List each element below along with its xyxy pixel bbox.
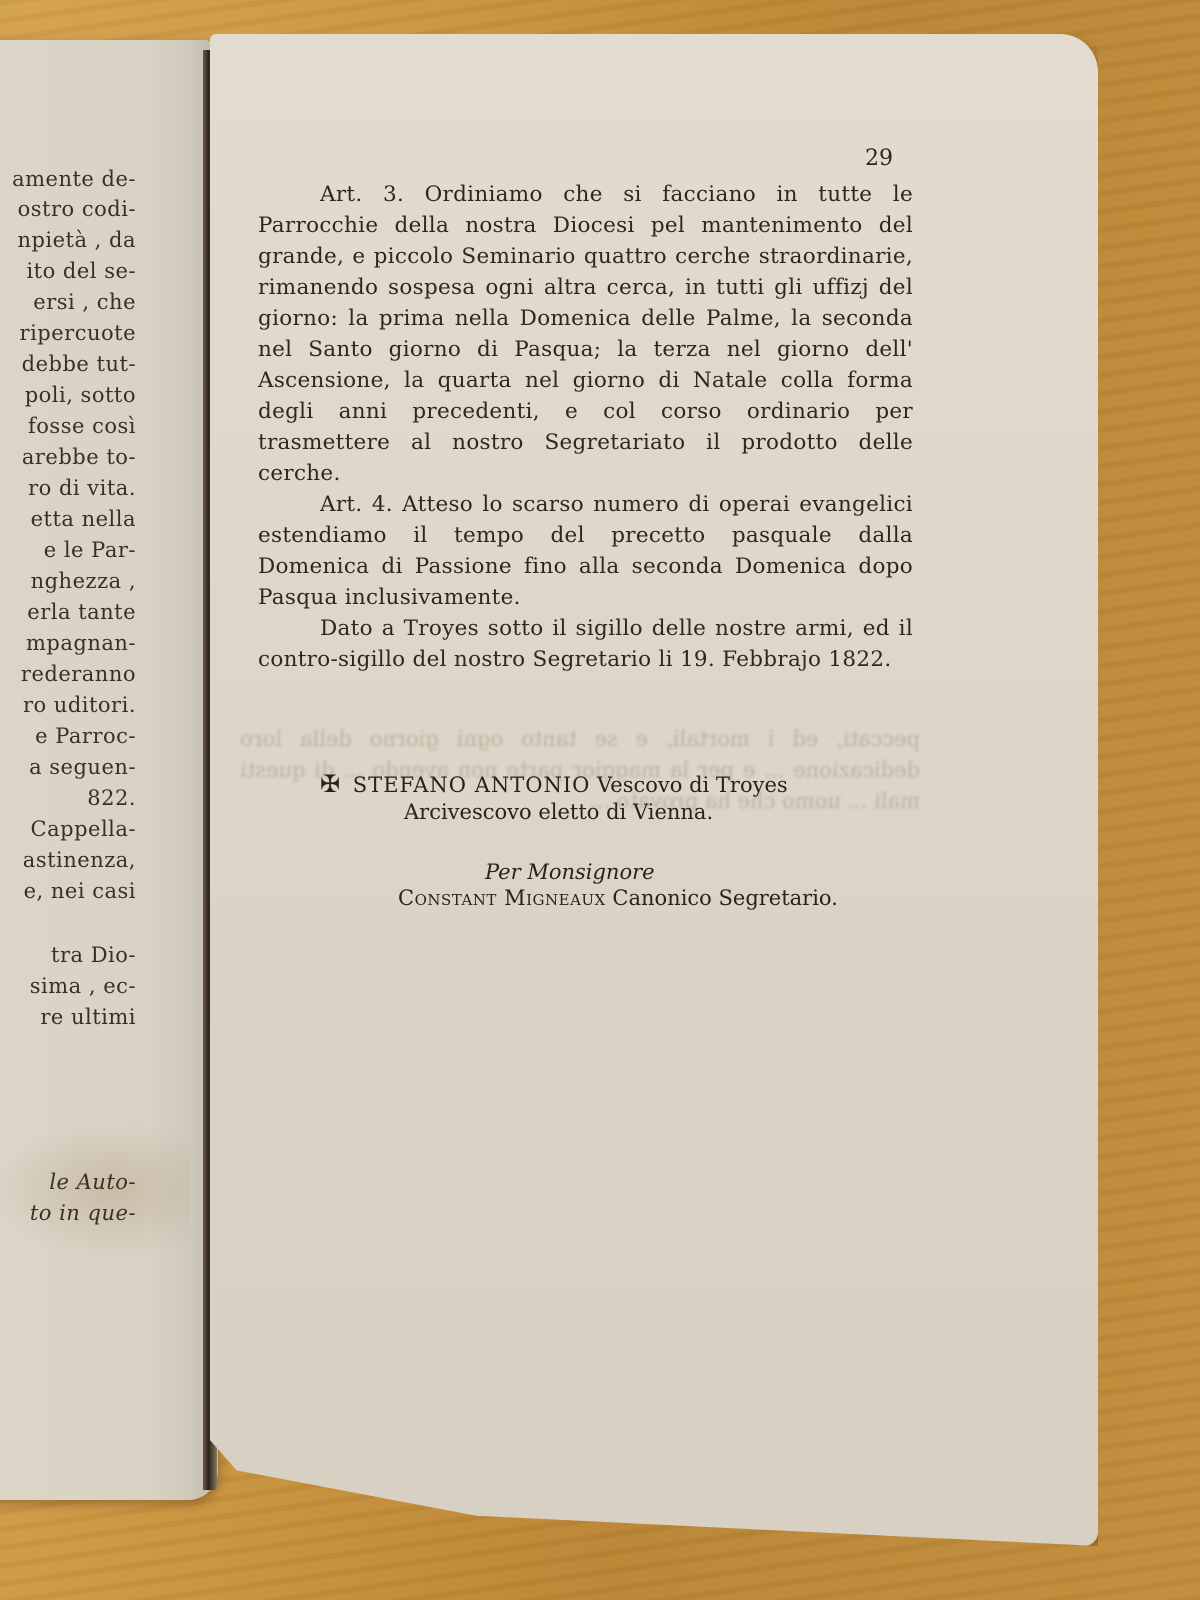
secretary-title: Canonico Segretario. [612, 886, 837, 910]
left-page-line: a seguen- [29, 755, 136, 779]
left-page-line: 822. [87, 786, 136, 810]
left-page-line: astinenza, [23, 848, 136, 872]
left-page-line: fosse così [28, 414, 136, 438]
dated-clause: Dato a Troyes sotto il sigillo delle nos… [258, 613, 913, 675]
bishop-line: ✠ STEFANO ANTONIO Vescovo di Troyes [320, 770, 920, 798]
left-page-line: npietà , da [17, 228, 136, 252]
left-page-line: mpagnan- [26, 631, 136, 655]
left-page-line: e, nei casi [24, 879, 136, 903]
left-page-line: to in que- [30, 1201, 136, 1225]
left-page-line: arebbe to- [22, 445, 136, 469]
left-page-line: Cappella- [31, 817, 136, 841]
left-page-line: rederanno [21, 662, 136, 686]
left-page-line: poli, sotto [25, 383, 136, 407]
left-page-line: debbe tut- [22, 352, 136, 376]
signature-block: ✠ STEFANO ANTONIO Vescovo di Troyes Arci… [320, 770, 920, 910]
left-page-line: ro uditori. [23, 693, 136, 717]
per-monsignore: Per Monsignore [485, 860, 920, 884]
left-page-line: e le Par- [44, 538, 136, 562]
left-page-line: le Auto- [49, 1170, 136, 1194]
left-page-line: erla tante [27, 600, 136, 624]
left-page-line: re ultimi [40, 1005, 136, 1029]
article-4: Art. 4. Atteso lo scarso numero di opera… [258, 489, 913, 613]
left-page-line: ito del se- [26, 259, 136, 283]
left-page: amente de-ostro codi-npietà , daito del … [0, 40, 218, 1500]
left-page-line: ersi , che [33, 290, 136, 314]
bishop-title: Vescovo di Troyes [597, 773, 788, 797]
page-number: 29 [865, 146, 893, 171]
secretary-line: Constant Migneaux Canonico Segretario. [398, 886, 920, 910]
left-page-line: tra Dio- [51, 943, 136, 967]
left-page-line: e Parroc- [35, 724, 136, 748]
left-page-line: ripercuote [20, 321, 136, 345]
left-page-line: ostro codi- [18, 197, 136, 221]
cross-icon: ✠ [320, 770, 340, 798]
right-page: peccati, ed i mortali, e se tanto ogni g… [210, 34, 1098, 1546]
left-page-line: amente de- [12, 167, 136, 191]
archbishop-title: Arcivescovo eletto di Vienna. [404, 800, 920, 824]
left-page-line: nghezza , [31, 569, 136, 593]
article-3: Art. 3. Ordiniamo che si facciano in tut… [258, 179, 913, 489]
left-page-line: sima , ec- [30, 974, 136, 998]
left-page-line: etta nella [31, 507, 136, 531]
secretary-name: Constant Migneaux [398, 886, 606, 910]
body-text: Art. 3. Ordiniamo che si facciano in tut… [258, 179, 913, 675]
left-page-line: ro di vita. [28, 476, 136, 500]
bishop-name: STEFANO ANTONIO [353, 773, 591, 797]
